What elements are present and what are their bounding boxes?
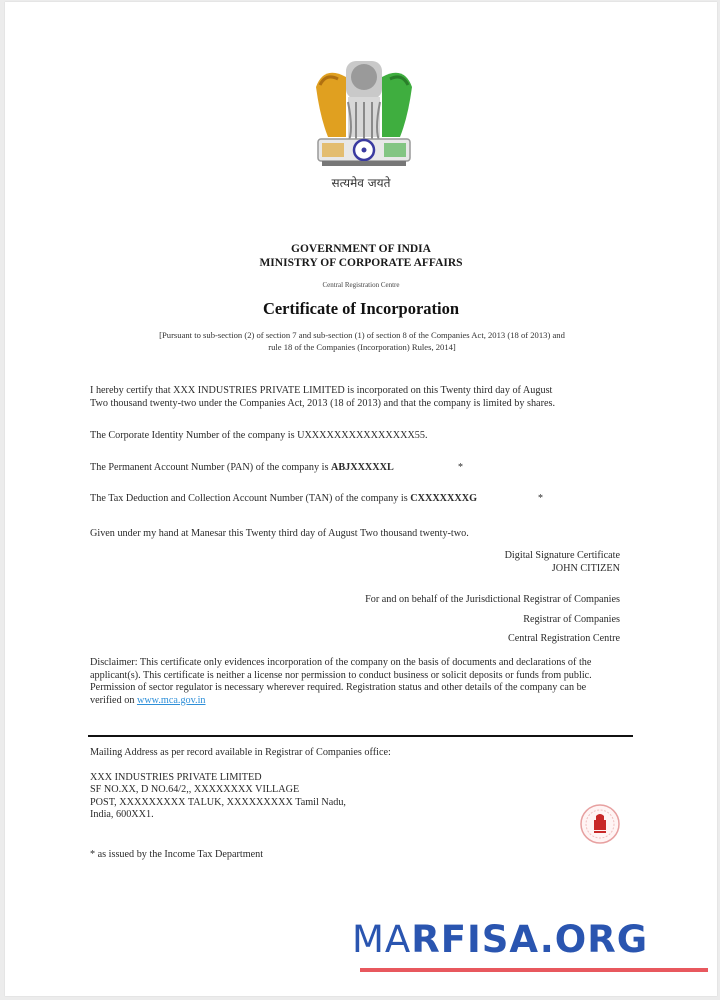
given-statement: Given under my hand at Manesar this Twen…	[90, 528, 620, 541]
pan-label: The Permanent Account Number (PAN) of th…	[90, 462, 331, 473]
tan-label: The Tax Deduction and Collection Account…	[90, 493, 410, 504]
certify-line: Two thousand twenty-two under the Compan…	[90, 398, 620, 411]
pursuant-line: rule 18 of the Companies (Incorporation)…	[125, 341, 599, 353]
pursuant-line: [Pursuant to sub-section (2) of section …	[125, 329, 599, 341]
address-line: POST, XXXXXXXXX TALUK, XXXXXXXXX Tamil N…	[90, 797, 570, 809]
address-line: SF NO.XX, D NO.64/2,, XXXXXXXX VILLAGE	[90, 784, 570, 796]
disclaimer: Disclaimer: This certificate only eviden…	[90, 657, 620, 707]
tan-statement: The Tax Deduction and Collection Account…	[90, 493, 620, 506]
certify-paragraph: I hereby certify that XXX INDUSTRIES PRI…	[90, 385, 620, 410]
official-seal-icon	[579, 803, 621, 845]
issuer-heading: GOVERNMENT OF INDIA MINISTRY OF CORPORAT…	[5, 242, 717, 270]
mailing-address: XXX INDUSTRIES PRIVATE LIMITED SF NO.XX,…	[90, 772, 570, 821]
brand-part2: RFISA.ORG	[411, 918, 648, 961]
ministry-label: MINISTRY OF CORPORATE AFFAIRS	[5, 256, 717, 270]
behalf-line: For and on behalf of the Jurisdictional …	[260, 590, 620, 610]
pursuant-clause: [Pursuant to sub-section (2) of section …	[125, 329, 599, 353]
centre-line: Central Registration Centre	[260, 629, 620, 649]
government-label: GOVERNMENT OF INDIA	[5, 242, 717, 256]
address-line: XXX INDUSTRIES PRIVATE LIMITED	[90, 772, 570, 784]
registrar-block: For and on behalf of the Jurisdictional …	[260, 590, 620, 649]
signatory-name: JOHN CITIZEN	[260, 563, 620, 576]
signature-block: Digital Signature Certificate JOHN CITIZ…	[260, 550, 620, 575]
address-line: India, 600XX1.	[90, 809, 570, 821]
mca-link[interactable]: www.mca.gov.in	[137, 695, 206, 706]
brand-part1: MA	[352, 918, 411, 961]
pan-value: ABJXXXXXL	[331, 462, 394, 473]
mailing-heading: Mailing Address as per record available …	[90, 747, 590, 758]
certificate-page: सत्यमेव जयते GOVERNMENT OF INDIA MINISTR…	[5, 2, 717, 996]
tan-asterisk: *	[538, 493, 543, 506]
cin-statement: The Corporate Identity Number of the com…	[90, 430, 620, 443]
registrar-line: Registrar of Companies	[260, 610, 620, 630]
state-emblem-icon	[308, 57, 420, 172]
centre-label: Central Registration Centre	[5, 281, 717, 289]
pan-statement: The Permanent Account Number (PAN) of th…	[90, 462, 620, 475]
watermark-brand: MARFISA.ORG	[352, 920, 712, 960]
pan-asterisk: *	[458, 462, 463, 475]
signature-type: Digital Signature Certificate	[260, 550, 620, 563]
certificate-title: Certificate of Incorporation	[5, 299, 717, 319]
section-divider	[88, 735, 633, 737]
emblem-motto: सत्यमेव जयते	[5, 174, 717, 191]
footnote: * as issued by the Income Tax Department	[90, 849, 263, 860]
certify-line: I hereby certify that XXX INDUSTRIES PRI…	[90, 385, 620, 398]
tan-value: CXXXXXXXG	[410, 493, 477, 504]
brand-underline	[360, 968, 708, 972]
